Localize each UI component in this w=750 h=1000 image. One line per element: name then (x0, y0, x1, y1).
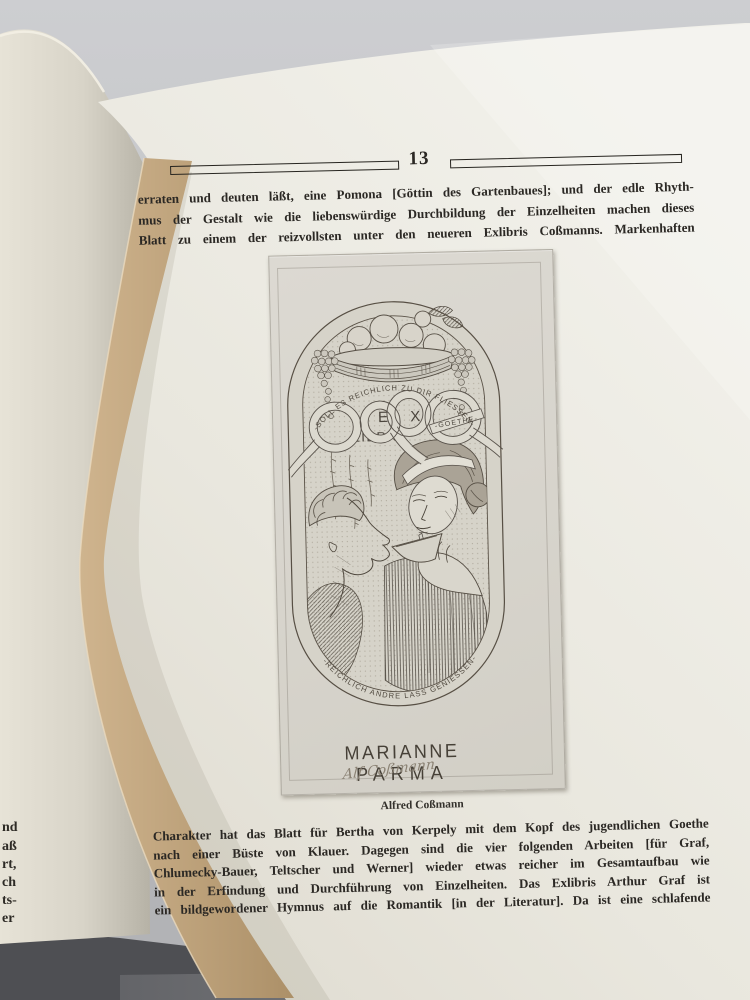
caption: Alfred Coßmann (322, 797, 522, 814)
fragment: ch (2, 875, 16, 891)
fragment: nd (2, 820, 18, 836)
paragraph-top: erraten und deuten läßt, eine Pomona [Gö… (138, 177, 695, 252)
bookplate-photo: E X LIBRIS (268, 249, 566, 796)
fragment: er (2, 911, 14, 927)
paragraph-bottom: Charakter hat das Blatt für Bertha von K… (153, 814, 711, 920)
header-rule-left (170, 161, 399, 175)
book-photo: nd aß rt, ch ts- er 13 erraten und deute… (0, 0, 750, 1000)
header-rule-right (450, 154, 682, 168)
page-number: 13 (396, 148, 443, 171)
fragment: rt, (2, 857, 16, 873)
bookplate-etching: E X LIBRIS (269, 250, 565, 795)
fragment: aß (2, 839, 17, 855)
fragment: ts- (2, 893, 17, 909)
page-content: 13 erraten und deuten läßt, eine Pomona … (117, 13, 739, 987)
